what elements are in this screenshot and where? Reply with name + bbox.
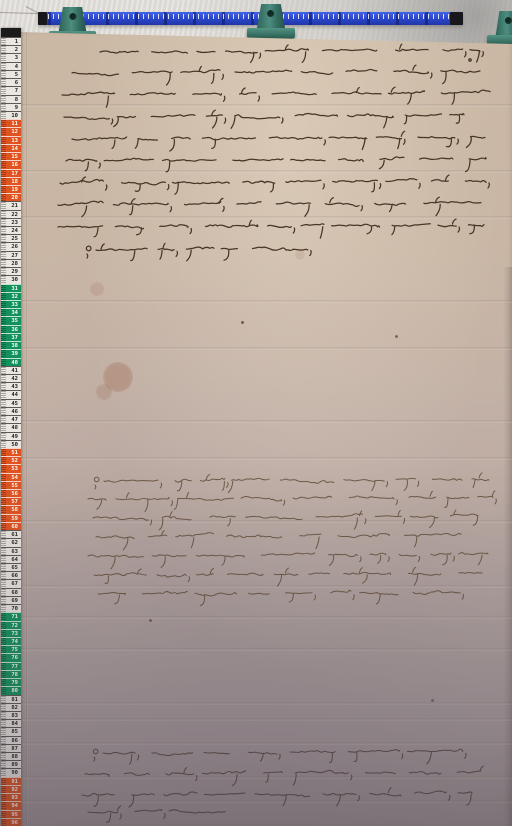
tape-mm-ticks [1,235,6,242]
tape-start-cap [1,28,21,37]
tape-mm-ticks [1,63,6,70]
tape-cm-cell: 51 [1,448,21,456]
tape-cm-cell: 67 [1,579,21,587]
tape-cm-cell: 20 [1,193,21,201]
tape-mm-ticks [1,630,6,637]
tape-mm-ticks [1,728,6,735]
script-line [94,473,489,493]
text-block-1 [58,44,490,261]
tape-mm-ticks [1,194,6,201]
tape-mm-ticks [1,243,6,250]
tape-mm-ticks [1,128,6,135]
tape-cm-cell: 11 [1,119,21,127]
tape-mm-ticks [1,342,6,349]
tape-cm-cell: 40 [1,358,21,366]
tape-cm-cell: 7 [1,86,21,94]
tape-mm-ticks [1,506,6,513]
tape-mm-ticks [1,720,6,727]
script-line [93,749,466,764]
tape-mm-ticks [1,457,6,464]
tape-cm-cell: 93 [1,793,21,801]
tape-mm-ticks [1,572,6,579]
script-line [88,806,225,822]
tape-mm-ticks [1,104,6,111]
script-line [88,553,488,569]
tape-cm-cell: 9 [1,103,21,111]
tape-mm-ticks [1,87,6,94]
tape-mm-ticks [1,309,6,316]
script-line [85,766,483,786]
tape-mm-ticks [1,46,6,53]
tape-mm-ticks [1,54,6,61]
tape-mm-ticks [1,268,6,275]
tape-mm-ticks [1,556,6,563]
tape-cm-cell: 35 [1,316,21,324]
tape-mm-ticks [1,317,6,324]
tape-cm-cell: 29 [1,267,21,275]
tape-mm-ticks [1,441,6,448]
tape-cm-cell: 26 [1,242,21,250]
tape-cm-cell: 22 [1,210,21,218]
tape-cm-cell: 8 [1,95,21,103]
tape-cm-cell: 25 [1,234,21,242]
tape-mm-ticks [1,531,6,538]
tape-mm-ticks [1,326,6,333]
tape-cm-cell: 24 [1,226,21,234]
tape-mm-ticks [1,654,6,661]
measuring-tape: 1234567891011121314151617181920212223242… [1,28,21,826]
handwritten-text-layer [0,0,512,826]
script-line [100,44,483,62]
tape-cm-cell: 17 [1,169,21,177]
tape-cm-cell: 61 [1,530,21,538]
script-line [60,175,489,194]
tape-cm-cell: 10 [1,111,21,119]
tape-mm-ticks [1,811,6,818]
script-line [66,157,486,172]
tape-cm-cell: 31 [1,284,21,292]
tape-cm-cell: 63 [1,547,21,555]
tape-cm-cell: 50 [1,440,21,448]
tape-cm-cell: 42 [1,374,21,382]
tape-cm-cell: 70 [1,604,21,612]
tape-cm-cell: 1 [1,37,21,45]
tape-mm-ticks [1,79,6,86]
tape-cm-cell: 75 [1,645,21,653]
tape-mm-ticks [1,622,6,629]
tape-mm-ticks [1,745,6,752]
tape-cm-cell: 34 [1,308,21,316]
tape-cm-cell: 59 [1,514,21,522]
tape-cm-cell: 13 [1,136,21,144]
tape-mm-ticks [1,227,6,234]
tape-cm-cell: 87 [1,744,21,752]
tape-cm-cell: 60 [1,522,21,530]
tape-cm-cell: 72 [1,621,21,629]
tape-mm-ticks [1,416,6,423]
tape-cm-cell: 91 [1,777,21,785]
script-line [98,590,463,605]
tape-cm-cell: 19 [1,185,21,193]
tape-cm-cell: 57 [1,497,21,505]
tape-cm-cell: 36 [1,325,21,333]
tape-mm-ticks [1,671,6,678]
tape-mm-ticks [1,170,6,177]
tape-mm-ticks [1,819,6,826]
tape-cm-cell: 55 [1,481,21,489]
tape-mm-ticks [1,186,6,193]
tape-cm-cell: 39 [1,349,21,357]
tape-cm-cell: 33 [1,300,21,308]
tape-cm-cell: 43 [1,382,21,390]
script-line [64,110,464,128]
tape-mm-ticks [1,663,6,670]
script-line [82,788,472,808]
tape-mm-ticks [1,523,6,530]
tape-cm-cell: 88 [1,752,21,760]
tape-cm-cell: 65 [1,563,21,571]
tape-mm-ticks [1,219,6,226]
tape-cm-cell: 16 [1,160,21,168]
tape-cm-cell: 92 [1,785,21,793]
tape-cm-cell: 6 [1,78,21,86]
tape-cm-cell: 74 [1,637,21,645]
tape-cm-cell: 56 [1,489,21,497]
tape-cm-cell: 23 [1,218,21,226]
tape-mm-ticks [1,769,6,776]
tape-mm-ticks [1,737,6,744]
tape-mm-ticks [1,367,6,374]
tape-mm-ticks [1,38,6,45]
text-block-3 [82,749,483,822]
tape-mm-ticks [1,383,6,390]
tape-mm-ticks [1,71,6,78]
tape-cm-cell: 49 [1,432,21,440]
tape-mm-ticks [1,589,6,596]
tape-cm-cell: 82 [1,703,21,711]
tape-mm-ticks [1,252,6,259]
script-line [58,219,484,238]
tape-cm-cell: 53 [1,464,21,472]
tape-mm-ticks [1,605,6,612]
tape-cm-cell: 28 [1,259,21,267]
script-line [93,510,478,530]
tape-cm-cell: 44 [1,390,21,398]
tape-mm-ticks [1,687,6,694]
tape-cm-cell: 47 [1,415,21,423]
tape-mm-ticks [1,350,6,357]
tape-cm-cell: 83 [1,711,21,719]
tape-mm-ticks [1,96,6,103]
tape-cm-cell: 78 [1,670,21,678]
tape-mm-ticks [1,580,6,587]
tape-mm-ticks [1,178,6,185]
tape-mm-ticks [1,696,6,703]
tape-cm-cell: 62 [1,538,21,546]
tape-mm-ticks [1,638,6,645]
tape-cm-cell: 86 [1,736,21,744]
tape-mm-ticks [1,449,6,456]
script-line [88,491,496,512]
tape-mm-ticks [1,786,6,793]
tape-cm-cell: 15 [1,152,21,160]
tape-mm-ticks [1,794,6,801]
tape-mm-ticks [1,515,6,522]
tape-cm-cell: 89 [1,760,21,768]
tape-mm-ticks [1,359,6,366]
tape-mm-ticks [1,137,6,144]
tape-cm-cell: 46 [1,407,21,415]
tape-cm-cell: 45 [1,399,21,407]
tape-mm-ticks [1,211,6,218]
tape-mm-ticks [1,597,6,604]
tape-cm-cell: 30 [1,275,21,283]
tape-cm-cell: 85 [1,727,21,735]
tape-mm-ticks [1,548,6,555]
tape-cm-cell: 37 [1,333,21,341]
tape-mm-ticks [1,153,6,160]
tape-mm-ticks [1,408,6,415]
tape-cm-cell: 95 [1,810,21,818]
tape-mm-ticks [1,704,6,711]
tape-cm-cell: 52 [1,456,21,464]
tape-cm-cell: 66 [1,571,21,579]
tape-cm-cell: 3 [1,53,21,61]
tape-mm-ticks [1,400,6,407]
tape-cm-cell: 12 [1,127,21,135]
script-line [86,243,311,260]
tape-cm-cell: 64 [1,555,21,563]
tape-cm-cell: 21 [1,201,21,209]
tape-mm-ticks [1,482,6,489]
tape-cm-cell: 90 [1,768,21,776]
tape-mm-ticks [1,293,6,300]
tape-cm-cell: 41 [1,366,21,374]
tape-mm-ticks [1,465,6,472]
tape-mm-ticks [1,391,6,398]
tape-cm-cell: 38 [1,341,21,349]
tape-mm-ticks [1,498,6,505]
tape-mm-ticks [1,202,6,209]
tape-cm-cell: 80 [1,686,21,694]
tape-mm-ticks [1,761,6,768]
tape-cm-cell: 76 [1,653,21,661]
tape-cm-cell: 73 [1,629,21,637]
tape-mm-ticks [1,276,6,283]
tape-cm-cell: 2 [1,45,21,53]
tape-mm-ticks [1,260,6,267]
tape-mm-ticks [1,613,6,620]
tape-mm-ticks [1,334,6,341]
tape-mm-ticks [1,474,6,481]
tape-cm-cell: 54 [1,473,21,481]
tape-mm-ticks [1,802,6,809]
tape-cm-cell: 84 [1,719,21,727]
tape-cm-cell: 18 [1,177,21,185]
tape-mm-ticks [1,753,6,760]
tape-mm-ticks [1,679,6,686]
tape-mm-ticks [1,424,6,431]
tape-cm-cell: 4 [1,62,21,70]
tape-mm-ticks [1,375,6,382]
script-line [94,567,482,586]
tape-mm-ticks [1,712,6,719]
text-block-2 [88,473,496,606]
tape-cm-cell: 81 [1,695,21,703]
tape-mm-ticks [1,539,6,546]
tape-mm-ticks [1,564,6,571]
tape-mm-ticks [1,301,6,308]
tape-mm-ticks [1,778,6,785]
tape-cm-cell: 58 [1,505,21,513]
tape-mm-ticks [1,112,6,119]
script-line [72,65,480,85]
script-line [58,197,481,217]
tape-mm-ticks [1,145,6,152]
tape-cm-cell: 79 [1,678,21,686]
tape-cm-cell: 96 [1,818,21,826]
tape-cm-cell: 69 [1,596,21,604]
tape-mm-ticks [1,285,6,292]
tape-mm-ticks [1,646,6,653]
photo-stage: 1234567891011121314151617181920212223242… [0,0,512,826]
tape-cm-cell: 68 [1,588,21,596]
tape-cm-cell: 71 [1,612,21,620]
tape-mm-ticks [1,433,6,440]
tape-mm-ticks [1,161,6,168]
script-line [96,531,461,550]
tape-cm-cell: 27 [1,251,21,259]
tape-cm-cell: 5 [1,70,21,78]
tape-mm-ticks [1,490,6,497]
tape-cm-cell: 48 [1,423,21,431]
script-line [72,131,485,151]
tape-cm-cell: 32 [1,292,21,300]
script-line [62,87,490,107]
tape-cm-cell: 77 [1,662,21,670]
tape-mm-ticks [1,120,6,127]
tape-cm-cell: 14 [1,144,21,152]
tape-cm-cell: 94 [1,801,21,809]
